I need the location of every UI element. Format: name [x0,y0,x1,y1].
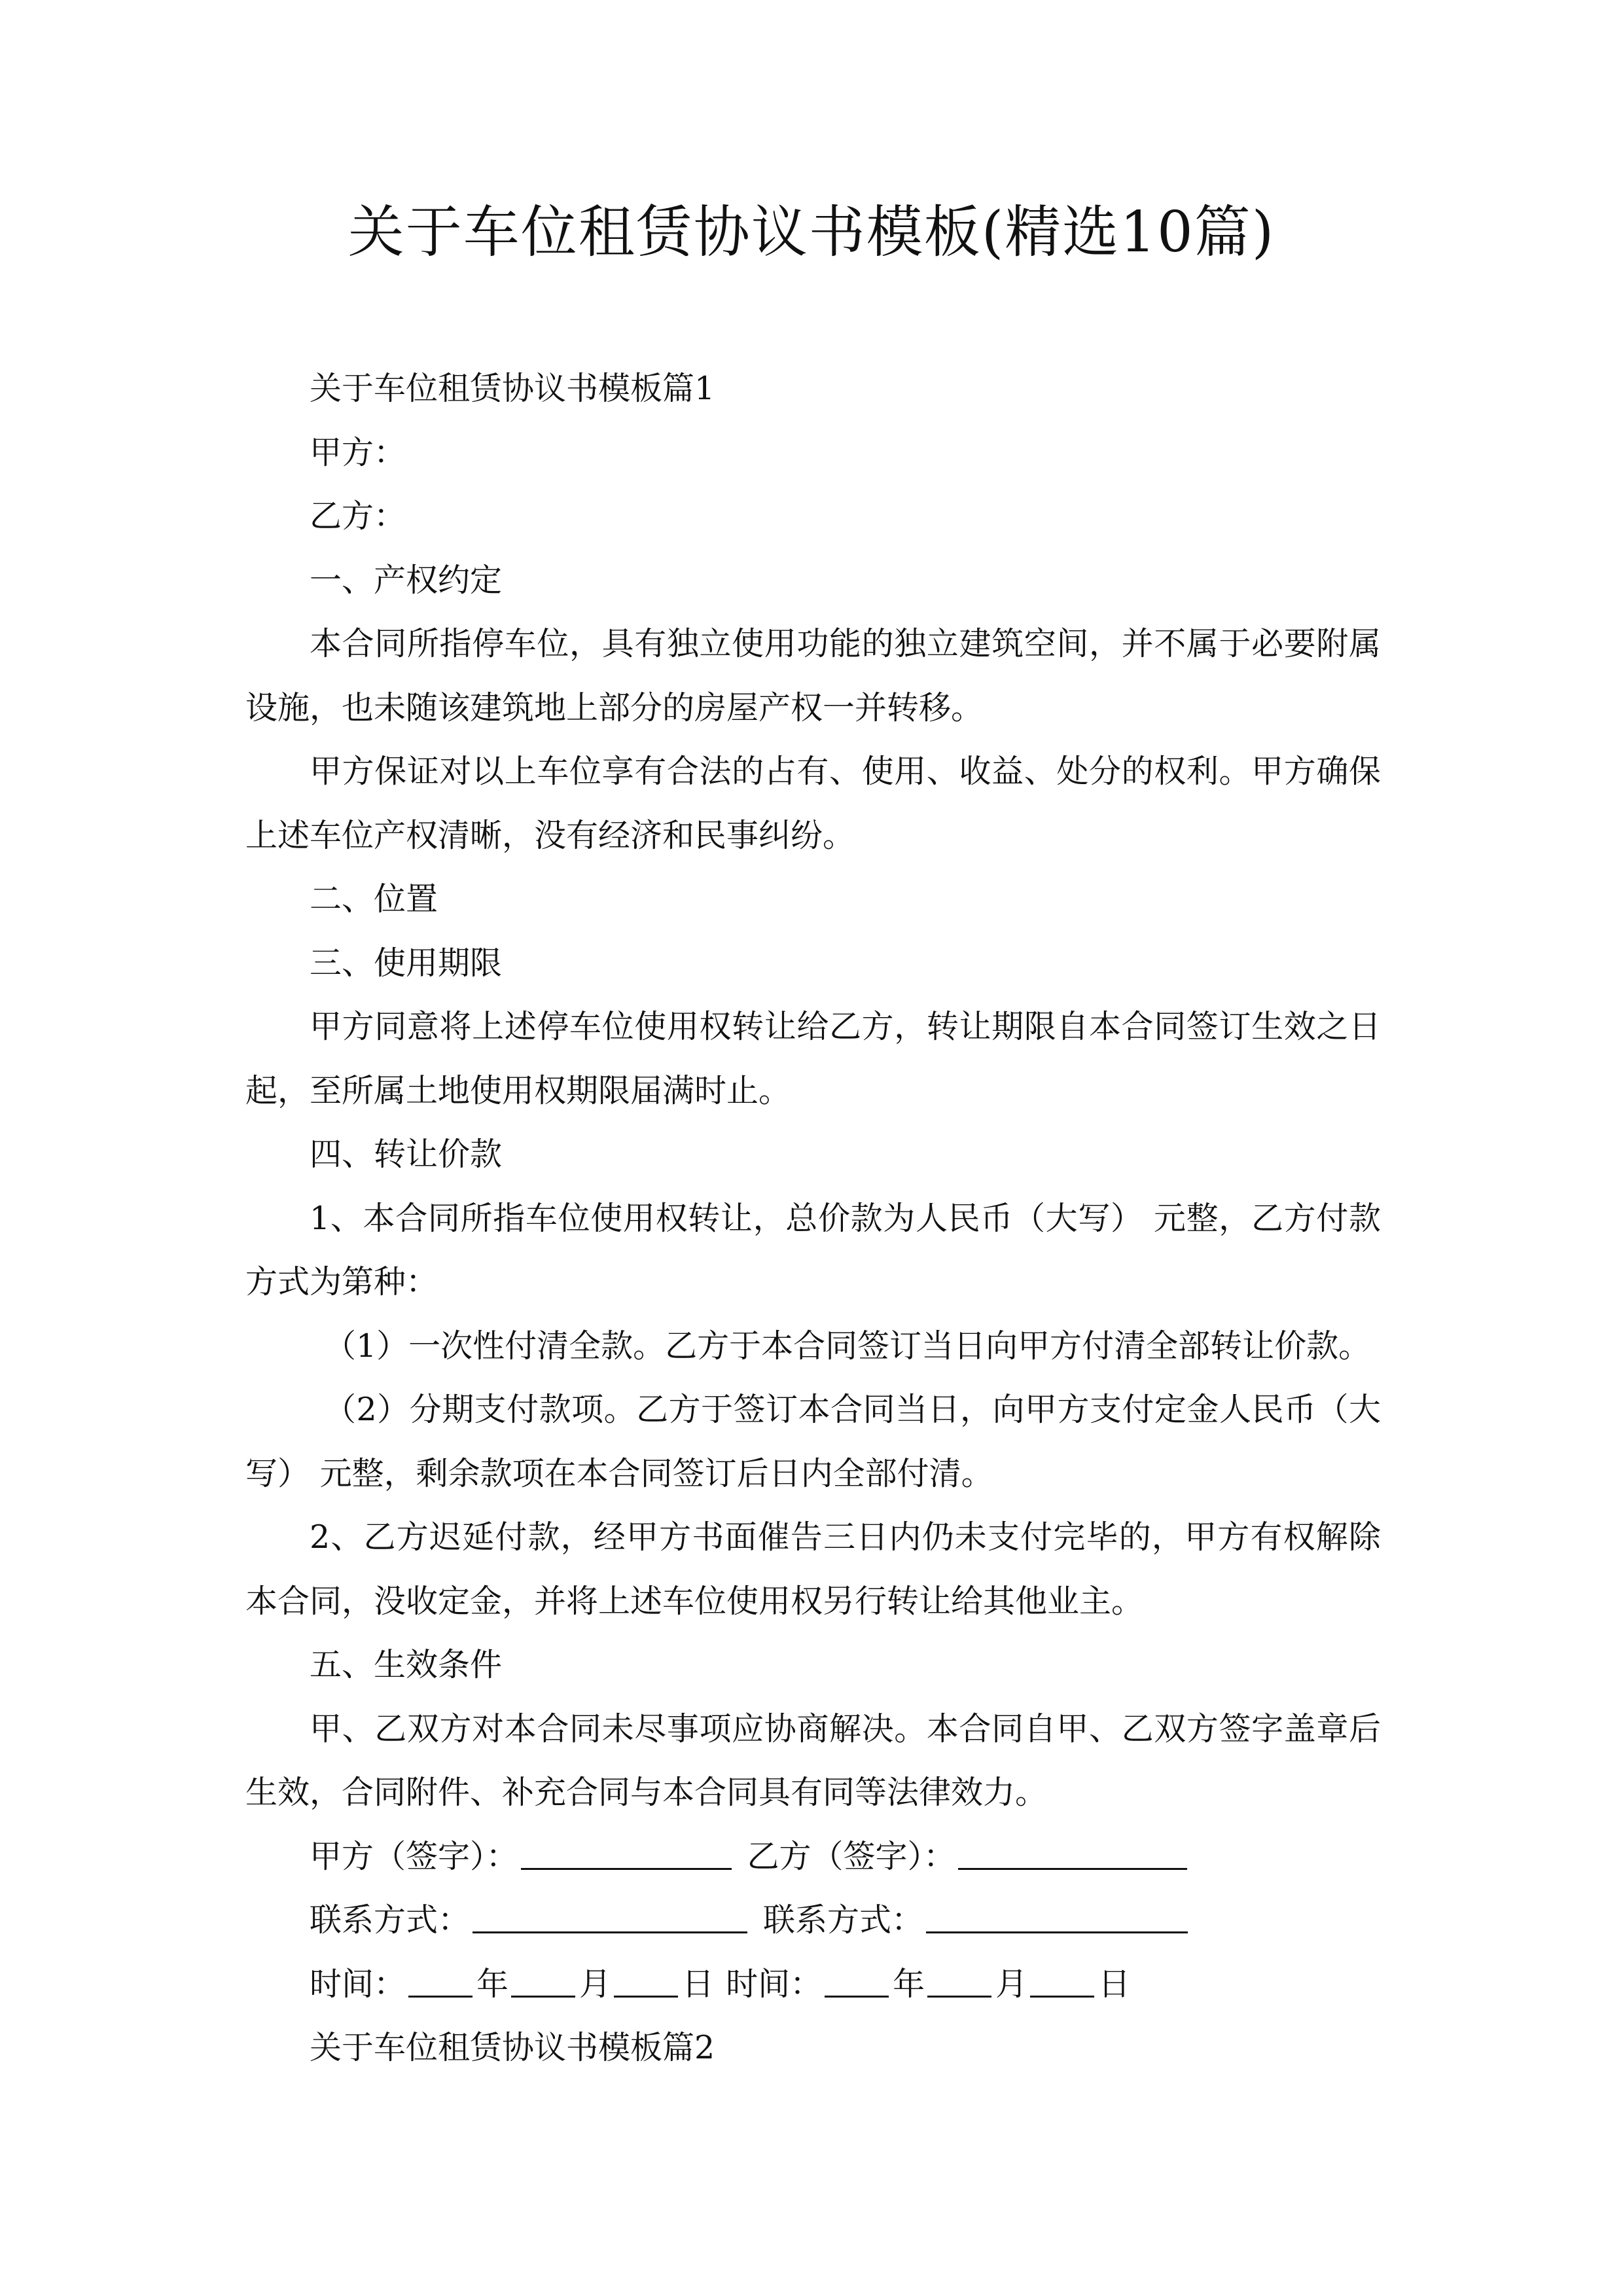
year-label: 年 [893,1952,925,2017]
party-b-sign-field[interactable] [958,1867,1187,1870]
clause-1-heading: 一、产权约定 [245,548,1381,613]
clause-1-paragraph: 本合同所指停车位，具有独立使用功能的独立建筑空间，并不属于必要附属设施，也未随该… [245,612,1381,740]
party-a-time-label: 时间： [310,1952,406,2017]
clause-3-heading: 三、使用期限 [245,931,1381,996]
clause-4-paragraph: 1、本合同所指车位使用权转让，总价款为人民币（大写） 元整，乙方付款方式为第种： [245,1187,1381,1314]
contact-row: 联系方式： 联系方式： [245,1888,1381,1952]
party-b-contact-label: 联系方式： [763,1888,923,1952]
party-a-sign-label: 甲方（签字）： [310,1825,518,1889]
party-b-sign-label: 乙方（签字）： [747,1825,956,1889]
document-page: 关于车位租赁协议书模板(精选10篇) 关于车位租赁协议书模板篇1 甲方： 乙方：… [0,0,1623,2296]
party-b-day-field[interactable] [1030,1995,1094,1998]
party-a-year-field[interactable] [408,1995,473,1998]
month-label: 月 [995,1952,1027,2017]
party-a-label: 甲方： [245,421,1381,485]
month-label: 月 [579,1952,611,2017]
party-b-year-field[interactable] [825,1995,889,1998]
party-b-time-label: 时间： [726,1952,822,2017]
date-row: 时间： 年 月 日 时间： 年 月 日 [245,1952,1381,2017]
party-b-month-field[interactable] [927,1995,991,1998]
clause-4-heading: 四、转让价款 [245,1122,1381,1187]
party-b-contact-field[interactable] [926,1931,1188,1933]
year-label: 年 [476,1952,508,2017]
party-a-sign-field[interactable] [521,1867,732,1870]
document-title: 关于车位租赁协议书模板(精选10篇) [0,196,1623,268]
party-a-month-field[interactable] [511,1995,575,1998]
clause-4-option-1: （1）一次性付清全款。乙方于本合同签订当日向甲方付清全部转让价款。 [245,1314,1381,1378]
party-a-contact-field[interactable] [473,1931,747,1933]
clause-4-paragraph: 2、乙方迟延付款，经甲方书面催告三日内仍未支付完毕的，甲方有权解除本合同，没收定… [245,1505,1381,1633]
clause-3-paragraph: 甲方同意将上述停车位使用权转让给乙方，转让期限自本合同签订生效之日起，至所属土地… [245,995,1381,1122]
document-body: 关于车位租赁协议书模板篇1 甲方： 乙方： 一、产权约定 本合同所指停车位，具有… [245,357,1381,2080]
clause-5-paragraph: 甲、乙双方对本合同未尽事项应协商解决。本合同自甲、乙双方签字盖章后生效，合同附件… [245,1697,1381,1825]
clause-1-paragraph: 甲方保证对以上车位享有合法的占有、使用、收益、处分的权利。甲方确保上述车位产权清… [245,740,1381,867]
section-heading-2: 关于车位租赁协议书模板篇2 [245,2016,1381,2080]
signature-row: 甲方（签字）： 乙方（签字）： [245,1825,1381,1889]
day-label: 日 [682,1952,714,2017]
clause-5-heading: 五、生效条件 [245,1633,1381,1697]
party-b-label: 乙方： [245,484,1381,548]
party-a-contact-label: 联系方式： [310,1888,470,1952]
day-label: 日 [1098,1952,1130,2017]
section-heading-1: 关于车位租赁协议书模板篇1 [245,357,1381,421]
clause-2-heading: 二、位置 [245,867,1381,931]
clause-4-option-2: （2）分期支付款项。乙方于签订本合同当日，向甲方支付定金人民币（大写） 元整，剩… [245,1378,1381,1505]
party-a-day-field[interactable] [614,1995,678,1998]
